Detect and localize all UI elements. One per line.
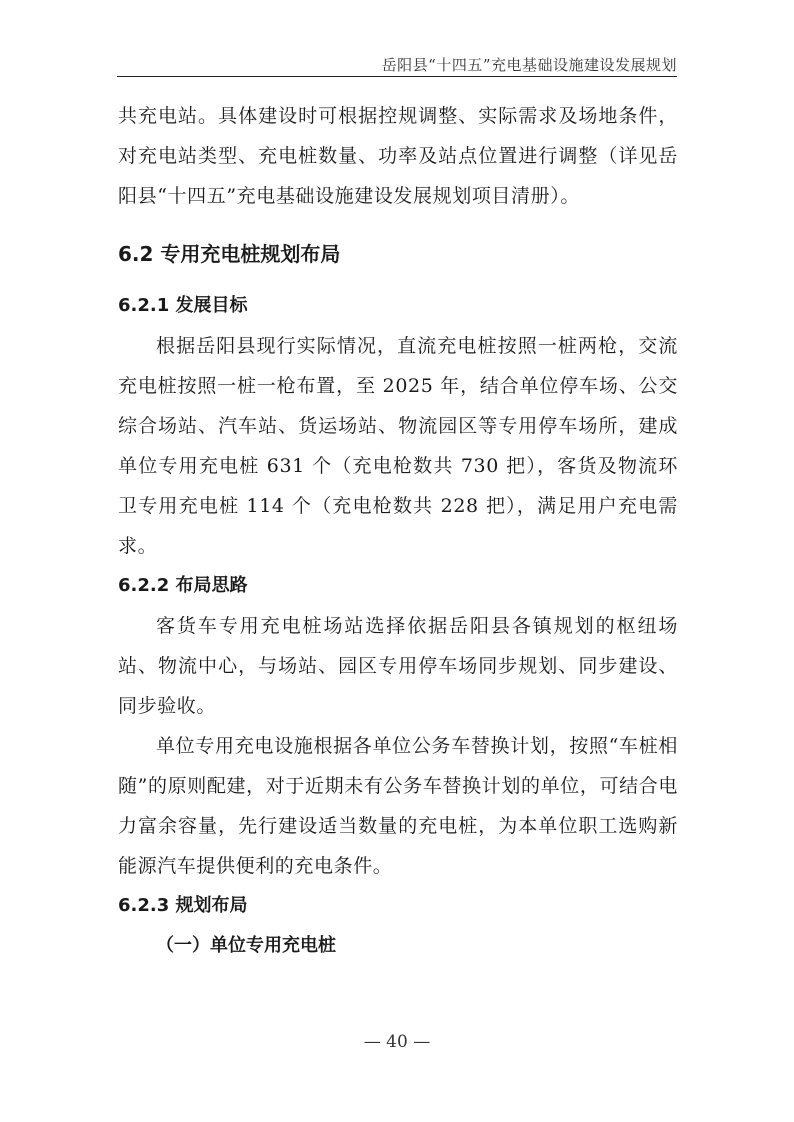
page-header: 岳阳县“十四五”充电基础设施建设发展规划 bbox=[117, 48, 677, 77]
subsection-heading-6-2-3: 6.2.3 规划布局 bbox=[118, 886, 678, 926]
layout-idea-paragraph-1: 客货车专用充电桩场站选择依据岳阳县各镇规划的枢纽场站、物流中心，与场站、园区专用… bbox=[118, 606, 678, 726]
subsection-heading-6-2-1: 6.2.1 发展目标 bbox=[118, 286, 678, 326]
intro-paragraph: 共充电站。具体建设时可根据控规调整、实际需求及场地条件，对充电站类型、充电桩数量… bbox=[118, 96, 678, 216]
page-number: — 40 — bbox=[0, 1032, 794, 1052]
section-heading-6-2: 6.2 专用充电桩规划布局 bbox=[118, 234, 678, 274]
subsection-heading-6-2-2: 6.2.2 布局思路 bbox=[118, 566, 678, 606]
development-goal-paragraph: 根据岳阳县现行实际情况，直流充电桩按照一桩两枪，交流充电桩按照一桩一枪布置，至 … bbox=[118, 326, 678, 566]
layout-idea-paragraph-2: 单位专用充电设施根据各单位公务车替换计划，按照“车桩相随”的原则配建，对于近期未… bbox=[118, 726, 678, 886]
document-title: 岳阳县“十四五”充电基础设施建设发展规划 bbox=[382, 54, 677, 75]
page-content: 共充电站。具体建设时可根据控规调整、实际需求及场地条件，对充电站类型、充电桩数量… bbox=[118, 96, 678, 966]
item-heading-unit-chargers: （一）单位专用充电桩 bbox=[118, 926, 678, 966]
